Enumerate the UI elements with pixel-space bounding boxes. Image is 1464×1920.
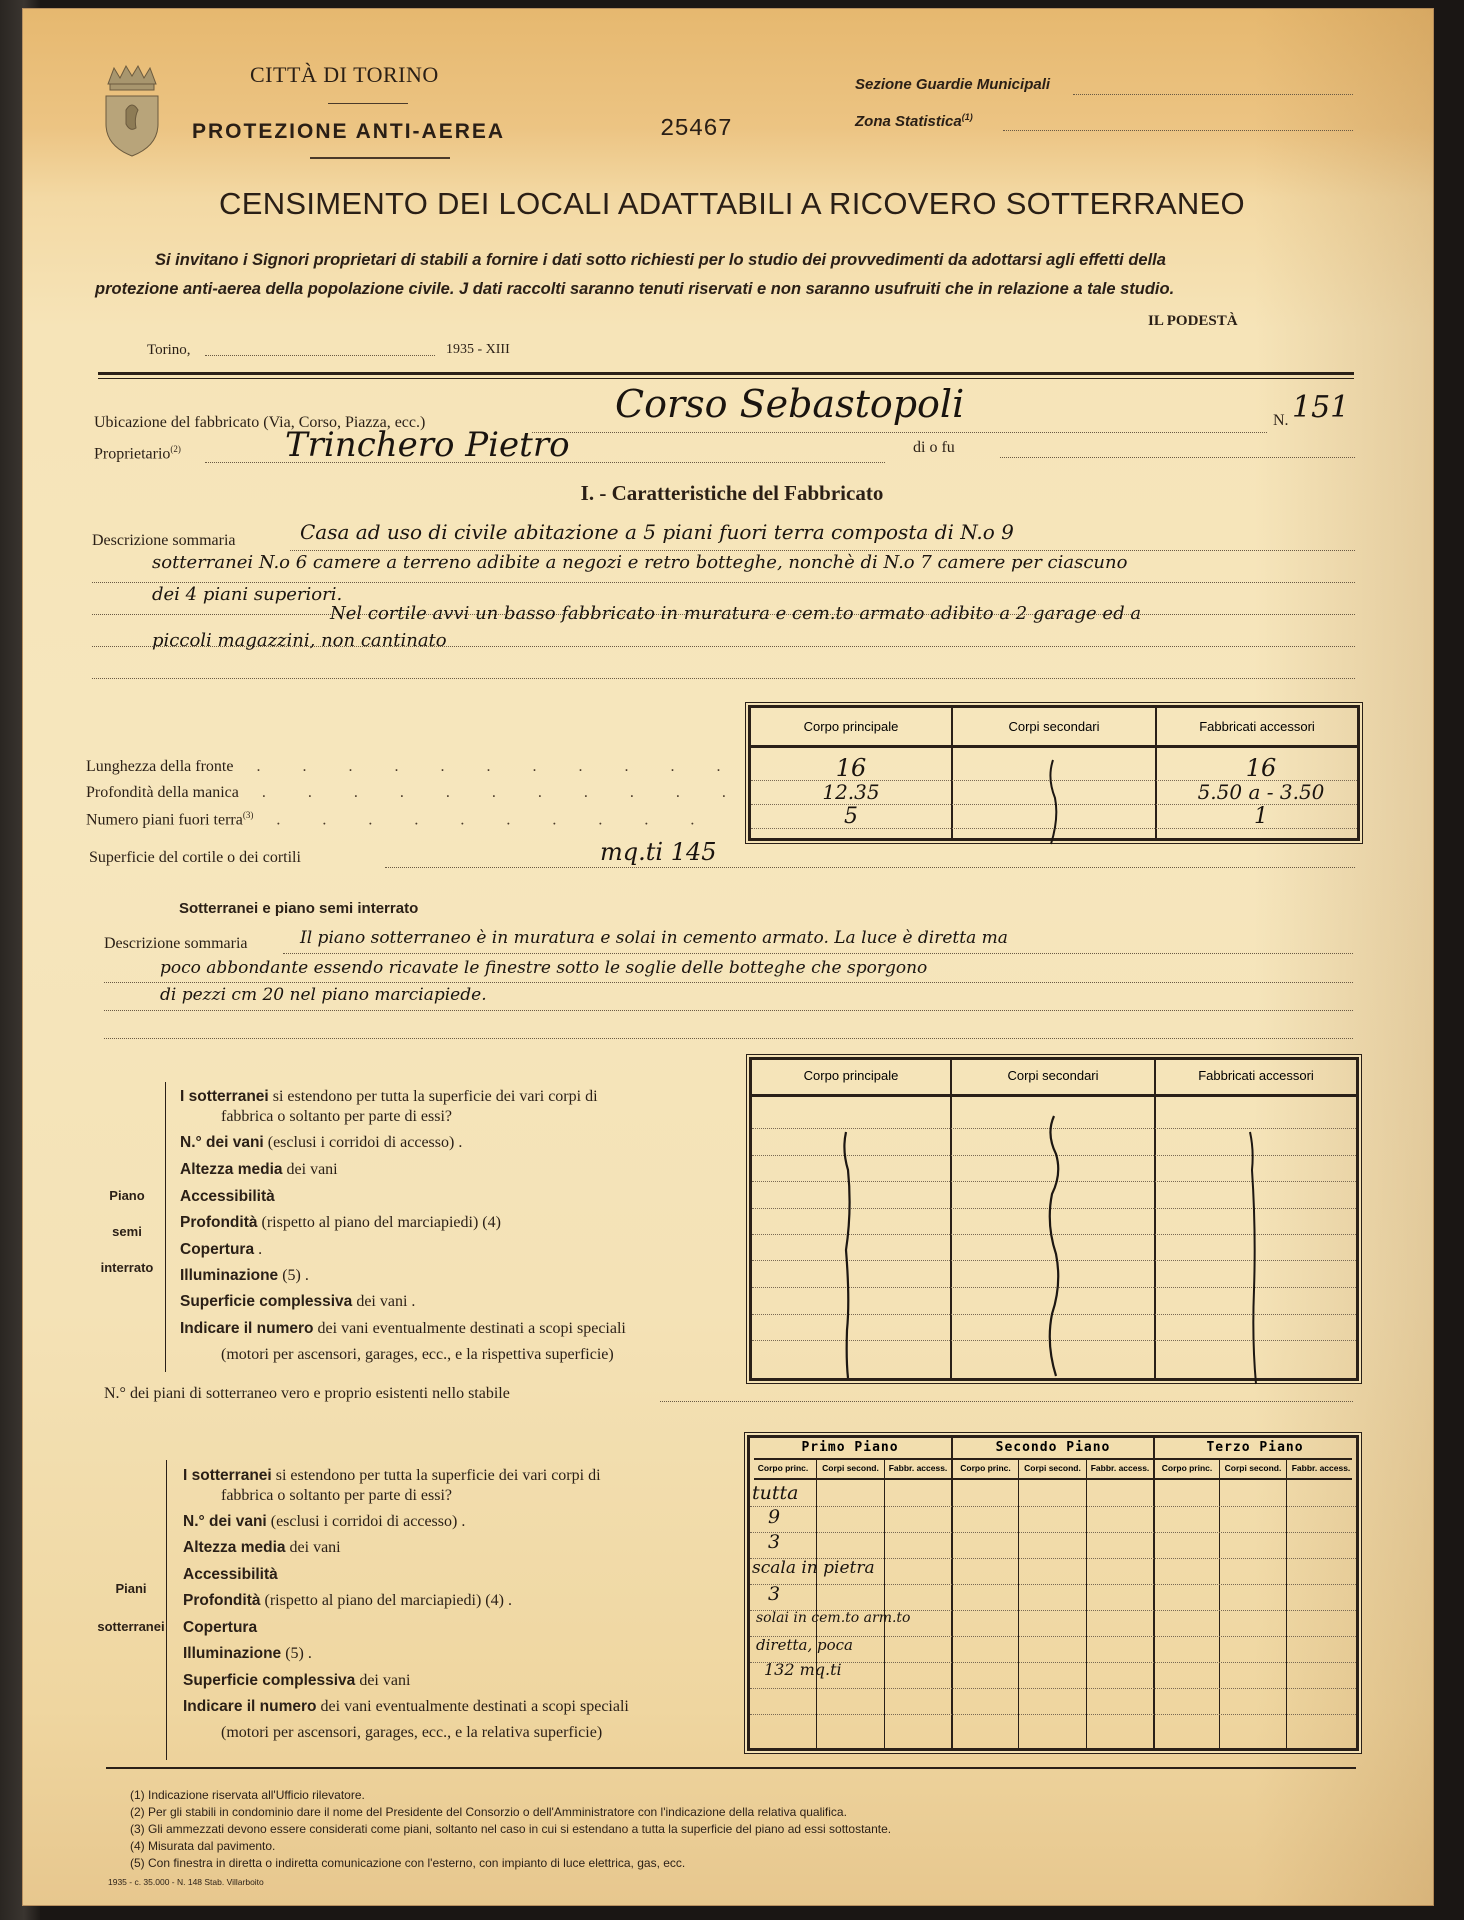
cell-value[interactable]: 1 [1181, 804, 1341, 829]
column-divider [1153, 1438, 1155, 1748]
ruled-line [92, 678, 1355, 679]
basement-floors-side-label: Pianisotterranei [96, 1570, 166, 1646]
underground-title: Sotterranei e piano semi interrato [179, 900, 418, 917]
floor-header: Secondo Piano [953, 1440, 1153, 1455]
owner-value[interactable]: Trinchero Pietro [285, 425, 570, 465]
question-lighting: Illuminazione (5) . [180, 1267, 309, 1285]
column-divider [950, 1060, 952, 1378]
number-value[interactable]: 151 [1292, 390, 1349, 425]
question-depth: Profondità (rispetto al piano del marcia… [180, 1214, 501, 1232]
underground-description-line[interactable]: di pezzi cm 20 nel piano marciapiede. [160, 985, 487, 1005]
header-rule [754, 1478, 1352, 1480]
column-header: Corpo principale [752, 1068, 950, 1083]
cell-value[interactable]: 5 [791, 804, 911, 829]
question-special-cont: (motori per ascensori, garages, ecc., e … [221, 1346, 614, 1364]
printer-imprint: 1935 - c. 35.000 - N. 148 Stab. Villarbo… [108, 1877, 264, 1887]
section-title: I. - Caratteristiche del Fabbricato [0, 481, 1464, 506]
cell-value[interactable]: 16 [1181, 754, 1341, 782]
description-line[interactable]: Casa ad uso di civile abitazione a 5 pia… [300, 520, 1014, 544]
description-line[interactable]: piccoli magazzini, non cantinato [152, 630, 447, 651]
parent-field[interactable] [1000, 457, 1355, 458]
ruled-line [283, 953, 1353, 954]
ruled-line [750, 1532, 1356, 1533]
sub-header: Corpi second. [817, 1463, 884, 1473]
form-title: CENSIMENTO DEI LOCALI ADATTABILI A RICOV… [0, 186, 1464, 222]
date-year: 1935 - XIII [446, 342, 510, 358]
ruled-line [104, 1010, 1353, 1011]
courtyard-value[interactable]: mq.ti 145 [600, 838, 717, 866]
divider [328, 103, 408, 104]
form-number: 25467 [660, 116, 732, 143]
divider [106, 1767, 1356, 1769]
semi-basement-side-label: Pianosemiinterrato [92, 1178, 162, 1286]
ruled-line [750, 1584, 1356, 1585]
semi-basement-table: Corpo principale Corpi secondari Fabbric… [750, 1058, 1358, 1380]
date-field[interactable] [205, 355, 435, 356]
footnote: (5) Con finestra in diretta o indiretta … [130, 1856, 685, 1870]
footnote: (2) Per gli stabili in condominio dare i… [130, 1805, 847, 1819]
floor-header: Primo Piano [750, 1440, 950, 1455]
brace [166, 1460, 173, 1760]
underground-description-line[interactable]: Il piano sotterraneo è in muratura e sol… [300, 928, 1008, 948]
question-special: Indicare il numero dei vani eventualment… [180, 1320, 626, 1338]
footnote: (4) Misurata dal pavimento. [130, 1839, 275, 1853]
sub-header: Fabbr. access. [1087, 1463, 1153, 1473]
question-depth: Profondità (rispetto al piano del marcia… [183, 1592, 512, 1610]
cell-value[interactable]: 132 mq.ti [764, 1660, 842, 1679]
column-header: Fabbricati accessori [1157, 719, 1357, 734]
header-rule [754, 1458, 1352, 1460]
courtyard-label: Superficie del cortile o dei cortili [89, 849, 301, 867]
column-divider [1219, 1460, 1220, 1748]
cell-value[interactable]: solai in cem.to arm.to [756, 1610, 911, 1626]
question-special: Indicare il numero dei vani eventualment… [183, 1698, 629, 1716]
sub-header: Corpo princ. [750, 1463, 816, 1473]
cell-value[interactable]: diretta, poca [756, 1636, 853, 1654]
zone-label: Zona Statistica(1) [855, 112, 973, 130]
question-extent: I sotterranei si estendono per tutta la … [180, 1088, 598, 1106]
parent-label: di o fu [913, 439, 955, 457]
question-rooms: N.° dei vani (esclusi i corridoi di acce… [183, 1513, 465, 1531]
owner-label: Proprietario(2) [94, 444, 181, 463]
cell-value[interactable]: 5.50 a - 3.50 [1171, 780, 1351, 804]
question-surface: Superficie complessiva dei vani [183, 1672, 410, 1690]
cell-value[interactable]: scala in pietra [752, 1558, 875, 1578]
strike-through-mark-icon [1041, 758, 1071, 848]
row-label-piani: Numero piani fuori terra(3) . . . . . . … [86, 810, 713, 829]
cell-value[interactable]: 16 [791, 754, 911, 782]
cell-value[interactable]: tutta [752, 1482, 798, 1504]
question-height: Altezza media dei vani [183, 1539, 341, 1557]
brace [165, 1082, 172, 1372]
strike-through-mark-icon [836, 1130, 860, 1380]
question-extent: I sotterranei si estendono per tutta la … [183, 1467, 601, 1485]
footnote: (1) Indicazione riservata all'Ufficio ri… [130, 1788, 365, 1802]
cell-value[interactable]: 12.35 [781, 780, 921, 804]
column-divider [816, 1460, 817, 1748]
strike-through-mark-icon [1242, 1130, 1266, 1386]
description-line[interactable]: Nel cortile avvi un basso fabbricato in … [330, 603, 1141, 624]
ruled-line [92, 582, 1355, 583]
underground-description-label: Descrizione sommaria [104, 935, 248, 953]
ruled-line [104, 982, 1353, 983]
floor-header: Terzo Piano [1155, 1440, 1355, 1455]
row-label-fronte: Lunghezza della fronte . . . . . . . . .… [86, 758, 739, 776]
department-name: PROTEZIONE ANTI-AEREA [192, 120, 505, 144]
question-extent-cont: fabbrica o soltanto per parte di essi? [221, 1487, 452, 1505]
strike-through-mark-icon [1042, 1114, 1066, 1380]
divider [310, 157, 450, 159]
question-special-cont: (motori per ascensori, garages, ecc., e … [221, 1724, 602, 1742]
section-field[interactable] [1073, 94, 1353, 95]
column-header: Fabbricati accessori [1156, 1068, 1356, 1083]
description-line[interactable]: sotterranei N.o 6 camere a terreno adibi… [152, 552, 1127, 573]
footnote: (3) Gli ammezzati devono essere consider… [130, 1822, 891, 1836]
column-divider [884, 1460, 885, 1748]
question-access: Accessibilità [180, 1188, 275, 1206]
column-divider [1018, 1460, 1019, 1748]
question-rooms: N.° dei vani (esclusi i corridoi di acce… [180, 1134, 462, 1152]
sub-header: Corpo princ. [953, 1463, 1018, 1473]
divider [98, 372, 1354, 375]
header-rule [752, 1094, 1356, 1097]
column-divider [1286, 1460, 1287, 1748]
sub-header: Corpo princ. [1155, 1463, 1219, 1473]
sub-header: Fabbr. access. [1287, 1463, 1355, 1473]
basement-floors-table: Primo Piano Secondo Piano Terzo Piano Co… [748, 1436, 1358, 1750]
basement-count-label: N.° dei piani di sotterraneo vero e prop… [104, 1385, 510, 1403]
sub-header: Corpi second. [1220, 1463, 1286, 1473]
location-field-line [532, 432, 1267, 433]
question-access: Accessibilità [183, 1566, 278, 1584]
date-place: Torino, [147, 342, 191, 359]
cell-value[interactable]: 3 [768, 1531, 780, 1553]
question-cover: Copertura . [180, 1241, 262, 1259]
cell-value[interactable]: 3 [768, 1583, 780, 1605]
coat-of-arms-icon [100, 62, 164, 158]
sub-header: Fabbr. access. [885, 1463, 951, 1473]
ruled-line [750, 1714, 1356, 1715]
sub-header: Corpi second. [1019, 1463, 1086, 1473]
courtyard-field-line [385, 867, 1355, 868]
question-lighting: Illuminazione (5) . [183, 1645, 312, 1663]
question-extent-cont: fabbrica o soltanto per parte di essi? [221, 1108, 452, 1126]
header-rule [751, 745, 1357, 748]
column-header: Corpo principale [751, 719, 951, 734]
ruled-line [104, 1038, 1353, 1039]
column-divider [1086, 1460, 1087, 1748]
ruled-line [750, 1688, 1356, 1689]
column-divider [951, 1438, 953, 1748]
dimensions-table: Corpo principale Corpi secondari Fabbric… [749, 706, 1359, 840]
signature-podesta: IL PODESTÀ [1148, 313, 1238, 330]
question-cover: Copertura [183, 1619, 257, 1637]
intro-text: Si invitano i Signori proprietari di sta… [95, 246, 1350, 304]
ruled-line [290, 550, 1355, 551]
ruled-line [750, 1506, 1356, 1507]
location-value[interactable]: Corso Sebastopoli [615, 382, 964, 426]
column-header: Corpi secondari [952, 1068, 1154, 1083]
underground-description-line[interactable]: poco abbondante essendo ricavate le fine… [160, 958, 927, 978]
question-surface: Superficie complessiva dei vani . [180, 1293, 415, 1311]
section-label: Sezione Guardie Municipali [855, 76, 1050, 93]
zone-field[interactable] [1003, 130, 1353, 131]
row-label-manica: Profondità della manica . . . . . . . . … [86, 784, 745, 802]
basement-count-field[interactable] [660, 1401, 1353, 1402]
divider [98, 378, 1354, 379]
column-header: Corpi secondari [953, 719, 1155, 734]
number-label: N. [1273, 412, 1289, 430]
question-height: Altezza media dei vani [180, 1161, 338, 1179]
column-divider [1154, 1060, 1156, 1378]
cell-value[interactable]: 9 [768, 1506, 780, 1528]
city-name: CITTÀ DI TORINO [250, 62, 439, 88]
description-label: Descrizione sommaria [92, 532, 236, 550]
description-line[interactable]: dei 4 piani superiori. [152, 584, 342, 605]
